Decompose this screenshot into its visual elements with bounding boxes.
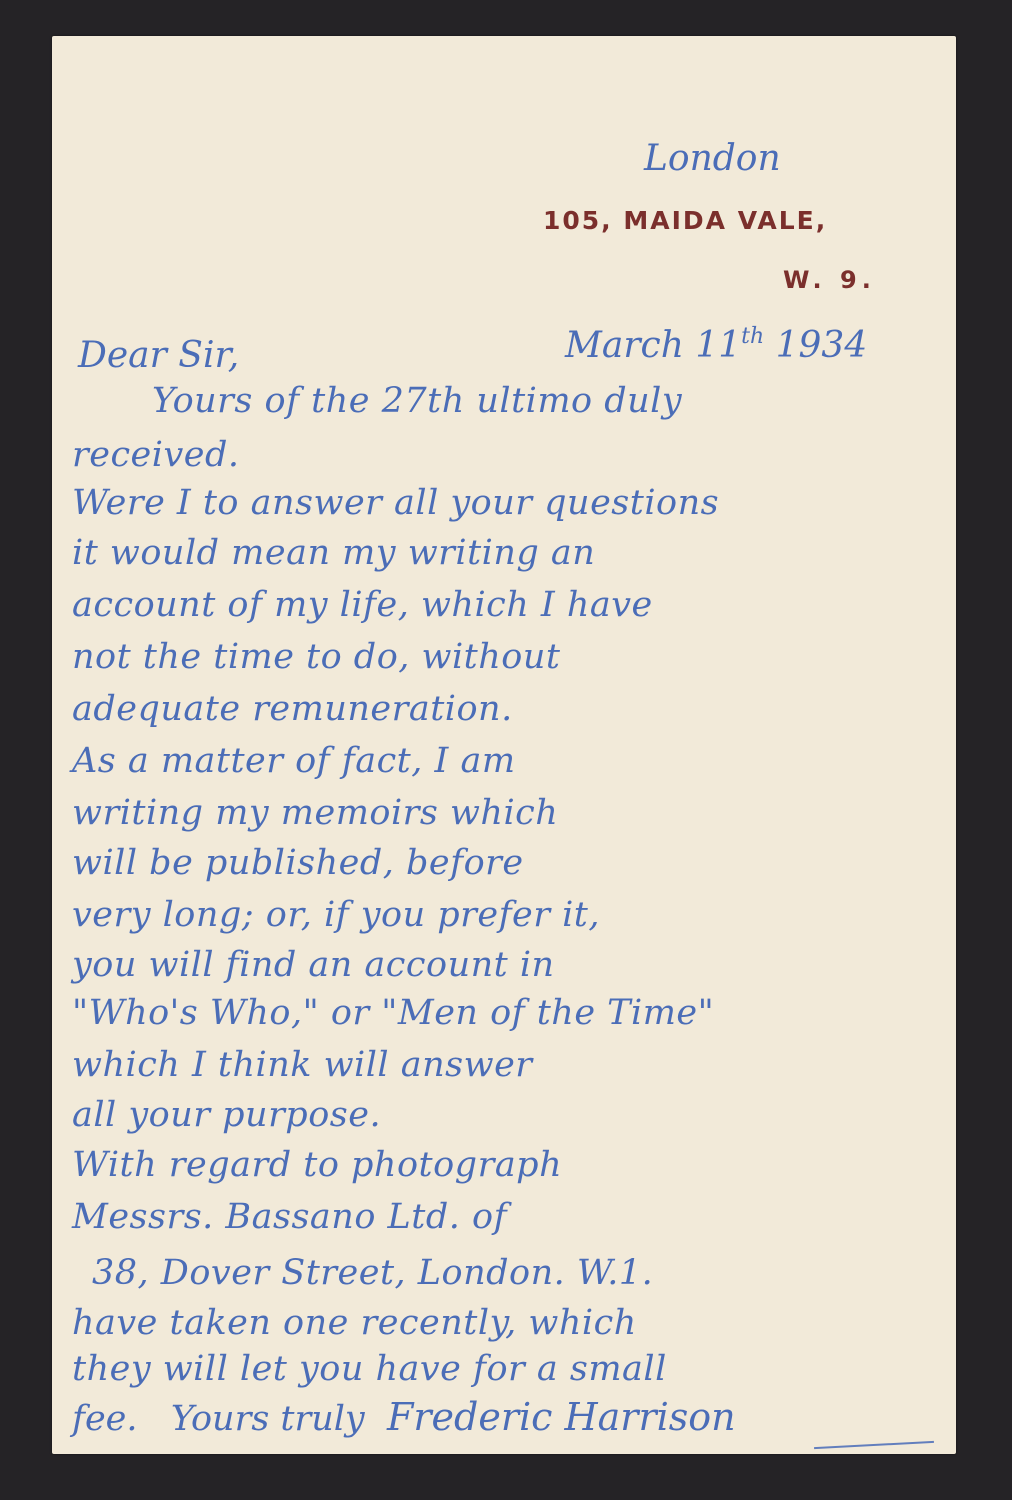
letterhead-district: W. 9.	[783, 266, 876, 294]
body-line: have taken one recently, which	[72, 1306, 637, 1341]
body-line: very long; or, if you prefer it,	[72, 898, 600, 933]
letter-paper: London 105, MAIDA VALE, W. 9. March 11th…	[52, 36, 956, 1454]
salutation: Dear Sir,	[78, 338, 239, 374]
letter-date: March 11th 1934	[565, 326, 867, 364]
body-line: With regard to photograph	[72, 1148, 562, 1183]
body-line: will be published, before	[72, 846, 524, 881]
letterhead-address: 105, MAIDA VALE,	[543, 206, 827, 235]
body-line: Were I to answer all your questions	[72, 486, 719, 521]
body-line: adequate remuneration.	[72, 692, 513, 727]
closing-fee: fee.	[72, 1399, 138, 1439]
body-line: "Who's Who," or "Men of the Time"	[72, 996, 714, 1031]
signature-underline	[814, 1441, 934, 1449]
closing-line: fee. Yours truly Frederic Harrison	[72, 1398, 736, 1437]
handwritten-city: London	[644, 141, 781, 177]
closing-phrase: Yours truly	[171, 1399, 365, 1439]
body-line: they will let you have for a small	[72, 1352, 667, 1387]
body-line: it would mean my writing an	[72, 536, 595, 571]
body-line: received.	[72, 438, 239, 473]
body-line: you will find an account in	[72, 948, 555, 983]
body-line: As a matter of fact, I am	[72, 744, 516, 779]
body-line: 38, Dover Street, London. W.1.	[92, 1256, 653, 1291]
signature: Frederic Harrison	[387, 1395, 736, 1439]
body-line: account of my life, which I have	[72, 588, 653, 623]
date-year: 1934	[776, 325, 868, 366]
body-line: Messrs. Bassano Ltd. of	[72, 1200, 507, 1235]
body-line: which I think will answer	[72, 1048, 533, 1083]
date-suffix: th	[741, 324, 764, 349]
date-month-day: March 11	[565, 325, 741, 366]
body-line: writing my memoirs which	[72, 796, 558, 831]
body-line: not the time to do, without	[72, 640, 560, 675]
body-line: Yours of the 27th ultimo duly	[152, 384, 682, 419]
body-line: all your purpose.	[72, 1098, 381, 1133]
